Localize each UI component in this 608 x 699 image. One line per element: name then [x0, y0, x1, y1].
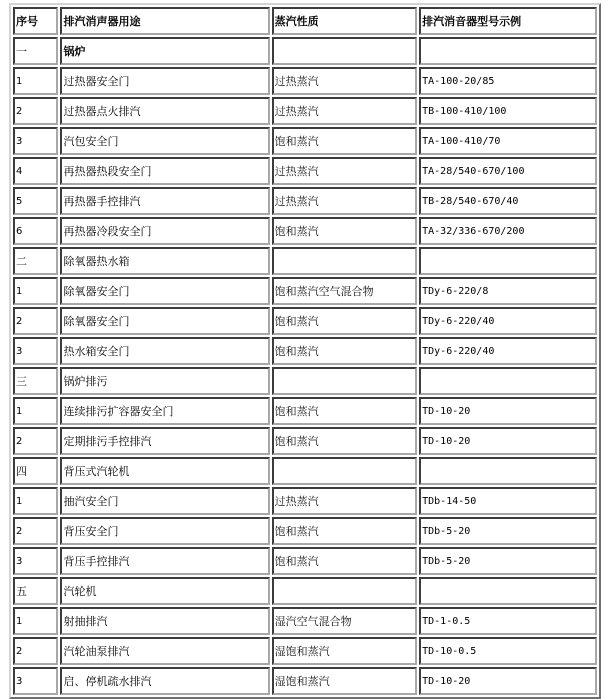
row-model: TD-1-0.5: [419, 607, 597, 635]
group-title: 背压式汽轮机: [60, 457, 269, 485]
empty-cell: [272, 457, 418, 485]
table-row: 5 再热器手控排汽 过热蒸汽 TB-28/540-670/40: [13, 187, 597, 215]
row-steam-type: 湿汽空气混合物: [272, 607, 418, 635]
row-index: 1: [13, 67, 58, 95]
row-usage: 射抽排汽: [60, 607, 269, 635]
header-usage: 排汽消声器用途: [60, 7, 269, 35]
group-title: 锅炉排污: [60, 367, 269, 395]
row-steam-type: 饱和蒸汽: [272, 307, 418, 335]
table-row: 1 连续排污扩容器安全门 饱和蒸汽 TD-10-20: [13, 397, 597, 425]
group-row-turbine: 五 汽轮机: [13, 577, 597, 605]
row-steam-type: 饱和蒸汽: [272, 337, 418, 365]
row-model: TA-100-410/70: [419, 127, 597, 155]
table-row: 3 背压手控排汽 饱和蒸汽 TDb-5-20: [13, 547, 597, 575]
group-row-deaerator: 二 除氧器热水箱: [13, 247, 597, 275]
table-row: 1 过热器安全门 过热蒸汽 TA-100-20/85: [13, 67, 597, 95]
row-index: 2: [13, 517, 58, 545]
header-model-example: 排汽消音器型号示例: [419, 7, 597, 35]
row-model: TDy-6-220/8: [419, 277, 597, 305]
row-index: 2: [13, 97, 58, 125]
row-index: 1: [13, 397, 58, 425]
row-index: 6: [13, 217, 58, 245]
group-title: 除氧器热水箱: [60, 247, 269, 275]
row-usage: 过热器安全门: [60, 67, 269, 95]
row-model: TD-10-20: [419, 427, 597, 455]
row-index: 2: [13, 427, 58, 455]
row-usage: 汽轮油泵排汽: [60, 637, 269, 665]
group-index: 二: [13, 247, 58, 275]
row-model: TD-10-20: [419, 397, 597, 425]
row-usage: 热水箱安全门: [60, 337, 269, 365]
row-steam-type: 过热蒸汽: [272, 487, 418, 515]
row-usage: 除氧器安全门: [60, 307, 269, 335]
row-model: TD-10-0.5: [419, 637, 597, 665]
empty-cell: [272, 247, 418, 275]
row-steam-type: 饱和蒸汽: [272, 547, 418, 575]
row-index: 5: [13, 187, 58, 215]
group-index: 五: [13, 577, 58, 605]
table-row: 2 除氧器安全门 饱和蒸汽 TDy-6-220/40: [13, 307, 597, 335]
row-steam-type: 饱和蒸汽空气混合物: [272, 277, 418, 305]
empty-cell: [272, 577, 418, 605]
row-model: TA-100-20/85: [419, 67, 597, 95]
group-title: 汽轮机: [60, 577, 269, 605]
row-steam-type: 湿饱和蒸汽: [272, 637, 418, 665]
row-usage: 除氧器安全门: [60, 277, 269, 305]
table-row: 2 过热器点火排汽 过热蒸汽 TB-100-410/100: [13, 97, 597, 125]
table-row: 1 抽汽安全门 过热蒸汽 TDb-14-50: [13, 487, 597, 515]
empty-cell: [272, 37, 418, 65]
header-steam-type: 蒸汽性质: [272, 7, 418, 35]
group-row-backpressure-turbine: 四 背压式汽轮机: [13, 457, 597, 485]
row-index: 3: [13, 547, 58, 575]
row-model: TDy-6-220/40: [419, 307, 597, 335]
row-steam-type: 饱和蒸汽: [272, 517, 418, 545]
row-index: 1: [13, 277, 58, 305]
group-row-boiler-blowdown: 三 锅炉排污: [13, 367, 597, 395]
row-usage: 再热器手控排汽: [60, 187, 269, 215]
table-row: 3 热水箱安全门 饱和蒸汽 TDy-6-220/40: [13, 337, 597, 365]
row-model: TB-100-410/100: [419, 97, 597, 125]
row-steam-type: 饱和蒸汽: [272, 127, 418, 155]
empty-cell: [419, 37, 597, 65]
table-row: 1 射抽排汽 湿汽空气混合物 TD-1-0.5: [13, 607, 597, 635]
row-usage: 背压手控排汽: [60, 547, 269, 575]
row-index: 2: [13, 307, 58, 335]
empty-cell: [272, 367, 418, 395]
row-usage: 过热器点火排汽: [60, 97, 269, 125]
row-model: TDb-14-50: [419, 487, 597, 515]
group-index: 三: [13, 367, 58, 395]
row-steam-type: 过热蒸汽: [272, 157, 418, 185]
table-row: 1 除氧器安全门 饱和蒸汽空气混合物 TDy-6-220/8: [13, 277, 597, 305]
table-row: 2 背压安全门 饱和蒸汽 TDb-5-20: [13, 517, 597, 545]
row-usage: 连续排污扩容器安全门: [60, 397, 269, 425]
header-row: 序号 排汽消声器用途 蒸汽性质 排汽消音器型号示例: [13, 7, 597, 35]
table-row: 6 再热器冷段安全门 饱和蒸汽 TA-32/336-670/200: [13, 217, 597, 245]
table-row: 2 定期排污手控排汽 饱和蒸汽 TD-10-20: [13, 427, 597, 455]
empty-cell: [419, 367, 597, 395]
silencer-spec-table-wrapper: 序号 排汽消声器用途 蒸汽性质 排汽消音器型号示例 一 锅炉 1 过热器安全门 …: [9, 3, 601, 668]
row-steam-type: 过热蒸汽: [272, 97, 418, 125]
row-model: TA-32/336-670/200: [419, 217, 597, 245]
row-model: TA-28/540-670/100: [419, 157, 597, 185]
row-steam-type: 过热蒸汽: [272, 67, 418, 95]
row-model: TDy-6-220/40: [419, 337, 597, 365]
group-title: 锅炉: [60, 37, 269, 65]
silencer-spec-table: 序号 排汽消声器用途 蒸汽性质 排汽消音器型号示例 一 锅炉 1 过热器安全门 …: [9, 3, 601, 668]
row-model: TB-28/540-670/40: [419, 187, 597, 215]
row-usage: 再热器热段安全门: [60, 157, 269, 185]
header-index: 序号: [13, 7, 58, 35]
row-model: TDb-5-20: [419, 517, 597, 545]
row-steam-type: 饱和蒸汽: [272, 397, 418, 425]
table-row: 3 汽包安全门 饱和蒸汽 TA-100-410/70: [13, 127, 597, 155]
row-model: TDb-5-20: [419, 547, 597, 575]
row-index: 2: [13, 637, 58, 665]
row-usage: 再热器冷段安全门: [60, 217, 269, 245]
row-index: 1: [13, 487, 58, 515]
table-row: 4 再热器热段安全门 过热蒸汽 TA-28/540-670/100: [13, 157, 597, 185]
row-usage: 背压安全门: [60, 517, 269, 545]
row-index: 4: [13, 157, 58, 185]
row-index: 3: [13, 127, 58, 155]
empty-cell: [419, 247, 597, 275]
row-index: 1: [13, 607, 58, 635]
empty-cell: [419, 577, 597, 605]
row-steam-type: 饱和蒸汽: [272, 427, 418, 455]
table-row: 2 汽轮油泵排汽 湿饱和蒸汽 TD-10-0.5: [13, 637, 597, 665]
row-usage: 抽汽安全门: [60, 487, 269, 515]
row-usage: 汽包安全门: [60, 127, 269, 155]
row-index: 3: [13, 337, 58, 365]
group-index: 一: [13, 37, 58, 65]
row-steam-type: 饱和蒸汽: [272, 217, 418, 245]
empty-cell: [419, 457, 597, 485]
row-steam-type: 过热蒸汽: [272, 187, 418, 215]
row-usage: 定期排污手控排汽: [60, 427, 269, 455]
group-row-boiler: 一 锅炉: [13, 37, 597, 65]
group-index: 四: [13, 457, 58, 485]
